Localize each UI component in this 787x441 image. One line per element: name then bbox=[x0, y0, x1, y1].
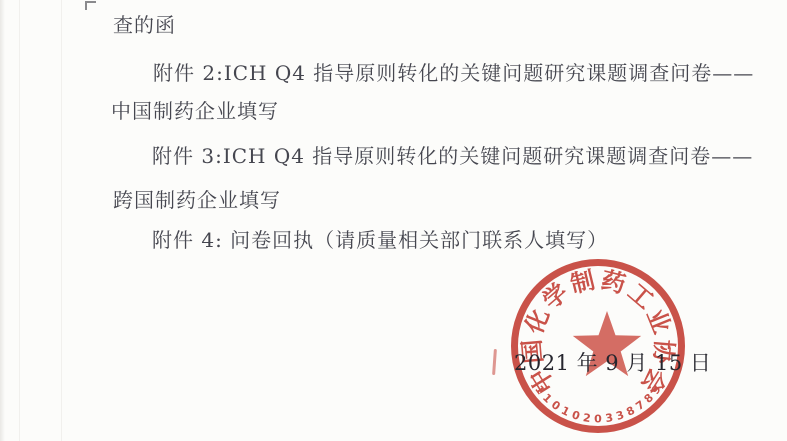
scan-artifact bbox=[85, 1, 96, 10]
seal-number-digit: 1 bbox=[559, 404, 572, 419]
seal-number-digit: 0 bbox=[594, 413, 602, 426]
official-seal: 中国化学制药工业协会1101020338789 bbox=[498, 246, 698, 441]
seal-number-digit: 2 bbox=[582, 411, 592, 425]
scan-edge-artifact bbox=[0, 0, 5, 441]
seal-number-digit: 3 bbox=[615, 408, 626, 423]
seal-number-digit: 0 bbox=[570, 408, 582, 423]
scan-artifact bbox=[19, 0, 20, 441]
doc-line-cha-de-han: 查的函 bbox=[113, 9, 176, 38]
stray-ink-mark bbox=[492, 349, 497, 375]
doc-line-attachment-3: 附件 3:ICH Q4 指导原则转化的关键问题研究课题调查问卷—— bbox=[152, 140, 753, 169]
doc-line-attachment-2: 附件 2:ICH Q4 指导原则转化的关键问题研究课题调查问卷—— bbox=[153, 57, 754, 86]
seal-org-char: 制 bbox=[567, 265, 597, 299]
seal-number-digit: 3 bbox=[604, 411, 614, 425]
scanned-document-page: 查的函 附件 2:ICH Q4 指导原则转化的关键问题研究课题调查问卷—— 中国… bbox=[0, 0, 787, 441]
doc-line-domestic: 中国制药企业填写 bbox=[111, 95, 279, 124]
date-text: 2021 年 9 月 15 日 bbox=[514, 347, 711, 377]
scan-artifact bbox=[61, 0, 62, 441]
seal-org-char: 药 bbox=[598, 265, 628, 299]
doc-line-multinational: 跨国制药企业填写 bbox=[113, 184, 281, 213]
